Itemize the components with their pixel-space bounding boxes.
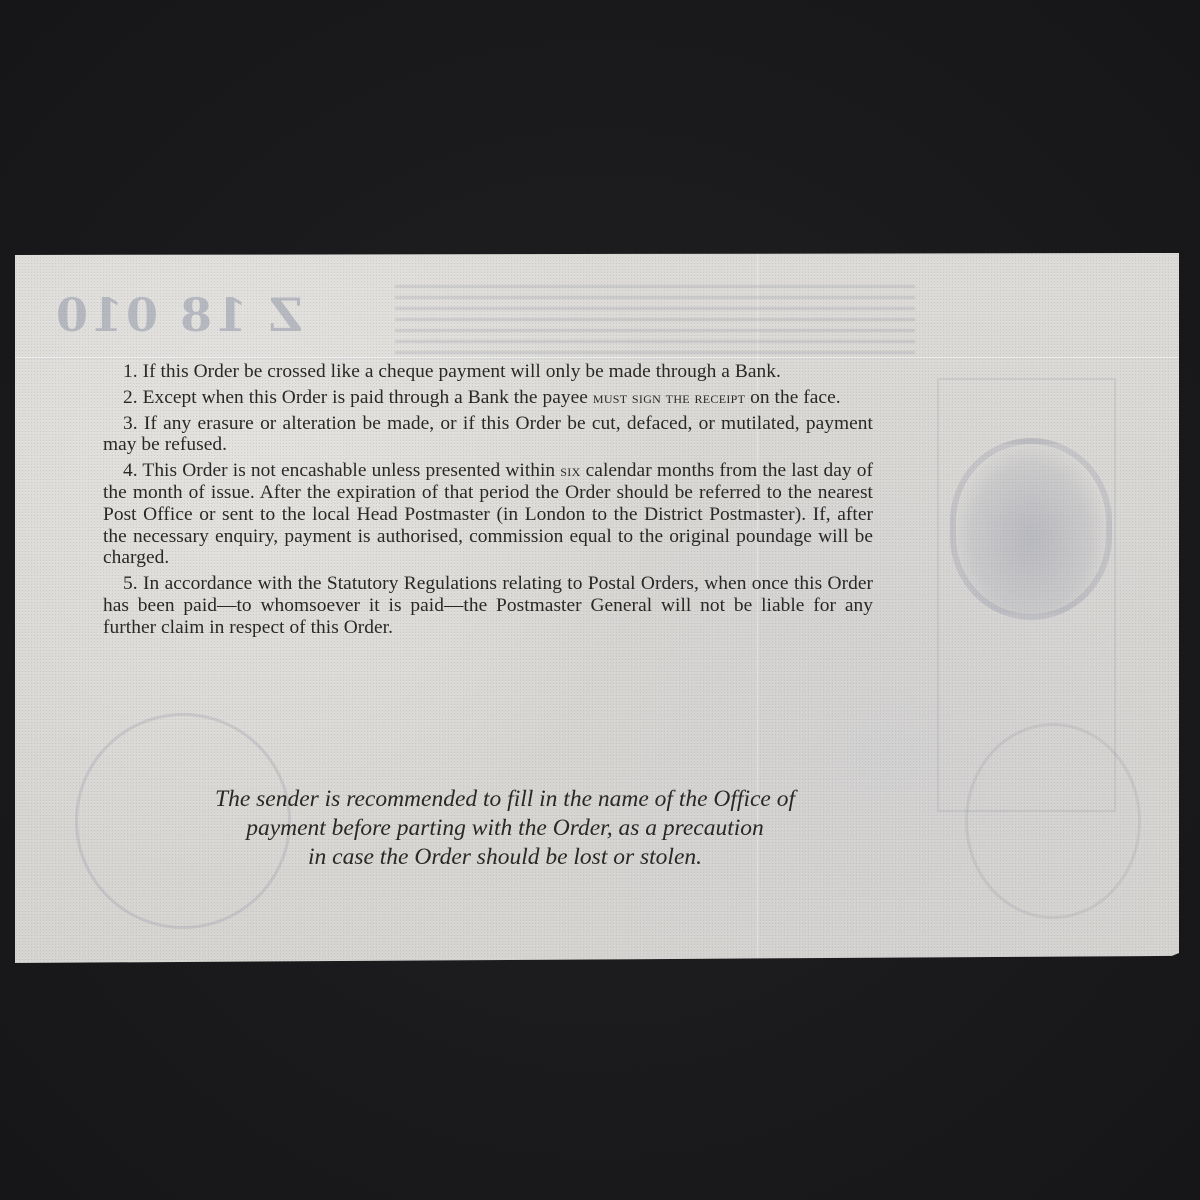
conditions-list: 1. If this Order be crossed like a chequ… bbox=[103, 361, 873, 643]
clause-text: This Order is not encashable unless pres… bbox=[142, 460, 560, 481]
clause-text: In accordance with the Statutory Regulat… bbox=[103, 573, 873, 638]
clause-4: 4. This Order is not encashable unless p… bbox=[103, 460, 873, 569]
clause-number: 1. bbox=[123, 361, 138, 382]
show-through-postmark-right-icon bbox=[965, 723, 1141, 919]
show-through-text-lines bbox=[395, 285, 915, 355]
notice-line-1: The sender is recommended to fill in the… bbox=[105, 785, 905, 814]
show-through-portrait-medallion-icon bbox=[950, 438, 1112, 620]
postal-order-reverse: Z 18 010 1. If this Order be crossed lik… bbox=[15, 253, 1179, 963]
clause-text: If this Order be crossed like a cheque p… bbox=[143, 361, 781, 382]
clause-2: 2. Except when this Order is paid throug… bbox=[103, 387, 873, 409]
clause-5: 5. In accordance with the Statutory Regu… bbox=[103, 573, 873, 638]
clause-number: 4. bbox=[123, 460, 138, 481]
clause-text: Except when this Order is paid through a… bbox=[143, 387, 593, 408]
clause-number: 2. bbox=[123, 387, 138, 408]
horizontal-fold-line bbox=[15, 357, 1179, 359]
sender-recommendation-notice: The sender is recommended to fill in the… bbox=[105, 785, 905, 872]
clause-1: 1. If this Order be crossed like a chequ… bbox=[103, 361, 873, 383]
show-through-serial-number: Z 18 010 bbox=[53, 288, 303, 342]
clause-number: 5. bbox=[123, 573, 138, 594]
clause-text: If any erasure or alteration be made, or… bbox=[103, 413, 873, 456]
clause-emphasis: must sign the receipt bbox=[593, 388, 745, 407]
notice-line-2: payment before parting with the Order, a… bbox=[105, 814, 905, 843]
show-through-stamp-panel bbox=[937, 378, 1116, 812]
clause-emphasis: six bbox=[560, 461, 580, 480]
clause-3: 3. If any erasure or alteration be made,… bbox=[103, 413, 873, 457]
notice-line-3: in case the Order should be lost or stol… bbox=[105, 843, 905, 872]
clause-number: 3. bbox=[123, 413, 138, 434]
clause-text-end: on the face. bbox=[745, 387, 840, 408]
